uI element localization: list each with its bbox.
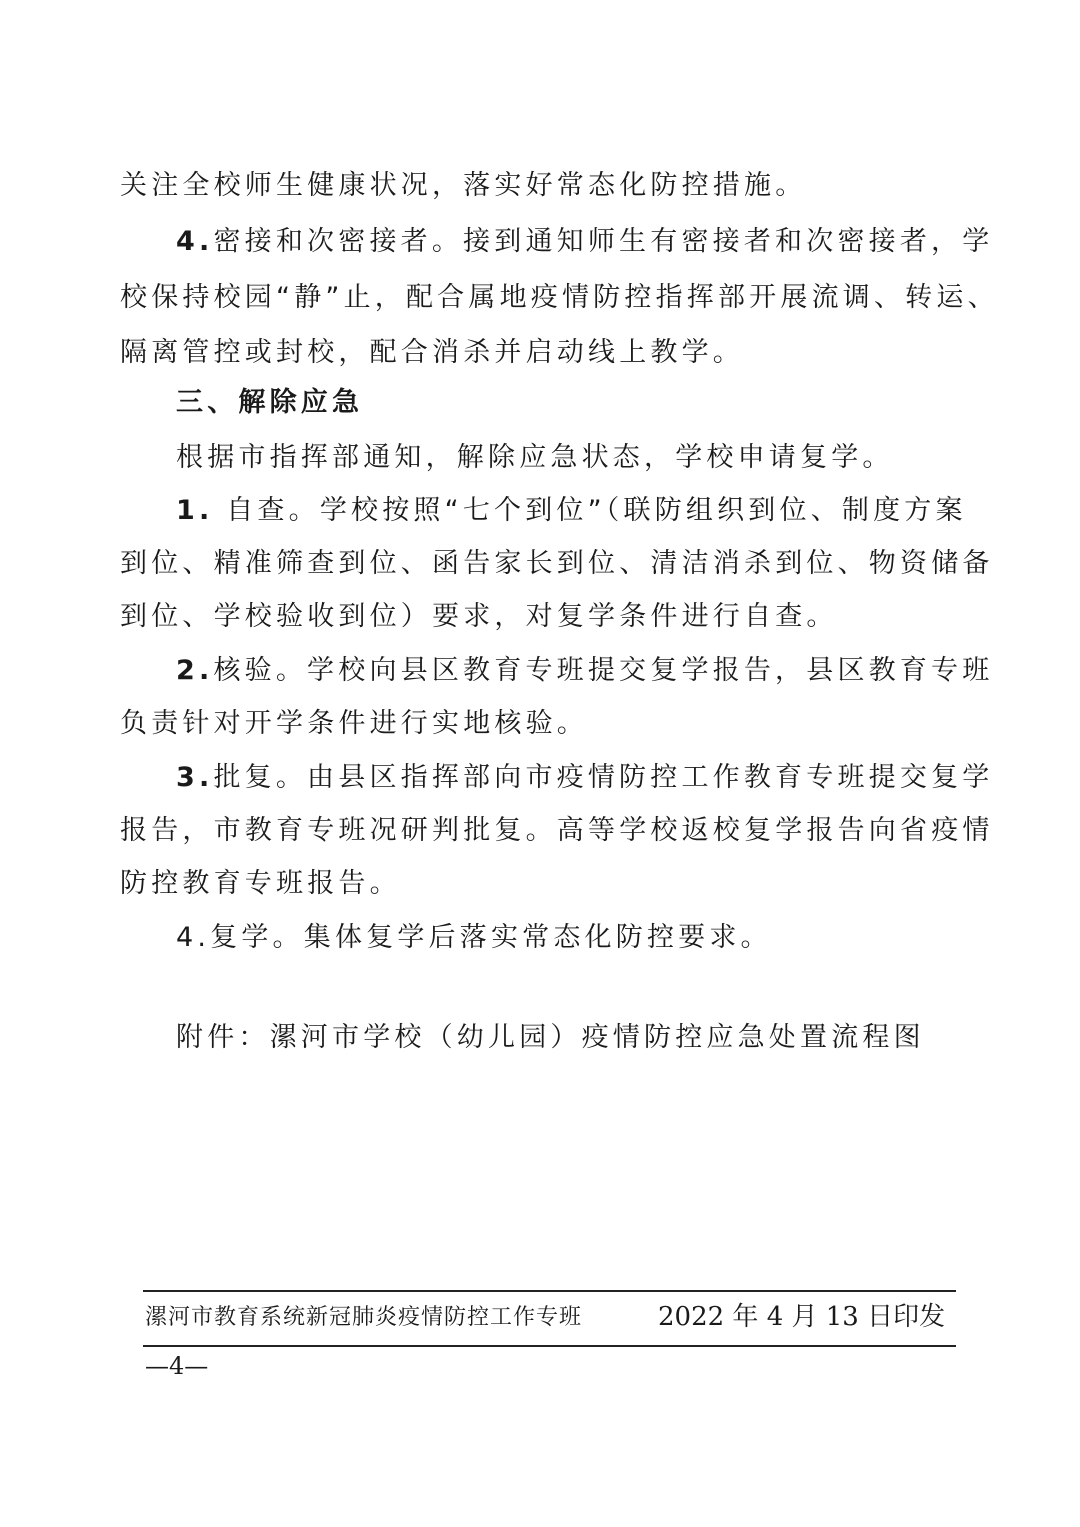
- paragraph-line: 1. 自查。学校按照“七个到位”（联防组织到位、制度方案: [176, 493, 967, 529]
- attachment-note: 附件：漯河市学校（幼儿园）疫情防控应急处置流程图: [176, 1020, 925, 1056]
- section-heading: 三、解除应急: [176, 385, 363, 421]
- paragraph-line: 关注全校师生健康状况，落实好常态化防控措施。: [120, 168, 806, 204]
- paragraph-line: 4.复学。集体复学后落实常态化防控要求。: [176, 920, 772, 956]
- paragraph-line: 报告，市教育专班况研判批复。高等学校返校复学报告向省疫情: [120, 813, 994, 849]
- paragraph-line: 3.批复。由县区指挥部向市疫情防控工作教育专班提交复学: [176, 760, 993, 796]
- paragraph-line: 2.核验。学校向县区教育专班提交复学报告，县区教育专班: [176, 653, 993, 689]
- paragraph-line: 4.密接和次密接者。接到通知师生有密接者和次密接者，学: [176, 224, 993, 260]
- paragraph-line: 到位、精准筛查到位、函告家长到位、清洁消杀到位、物资储备: [120, 546, 994, 582]
- paragraph-line: 防控教育专班报告。: [120, 866, 401, 902]
- footer-issuer: 漯河市教育系统新冠肺炎疫情防控工作专班: [145, 1300, 582, 1331]
- paragraph-line: 负责针对开学条件进行实地核验。: [120, 706, 588, 742]
- footer-date: 2022 年 4 月 13 日印发: [658, 1296, 945, 1333]
- paragraph-line: 隔离管控或封校，配合消杀并启动线上教学。: [120, 335, 744, 371]
- paragraph-line: 根据市指挥部通知，解除应急状态，学校申请复学。: [176, 440, 894, 476]
- paragraph-line: 到位、学校验收到位）要求，对复学条件进行自查。: [120, 599, 838, 635]
- page-number: —4—: [145, 1352, 208, 1380]
- footer-top-rule: [143, 1290, 956, 1292]
- footer-bottom-rule: [143, 1345, 956, 1347]
- paragraph-line: 校保持校园“静”止，配合属地疫情防控指挥部开展流调、转运、: [120, 280, 999, 316]
